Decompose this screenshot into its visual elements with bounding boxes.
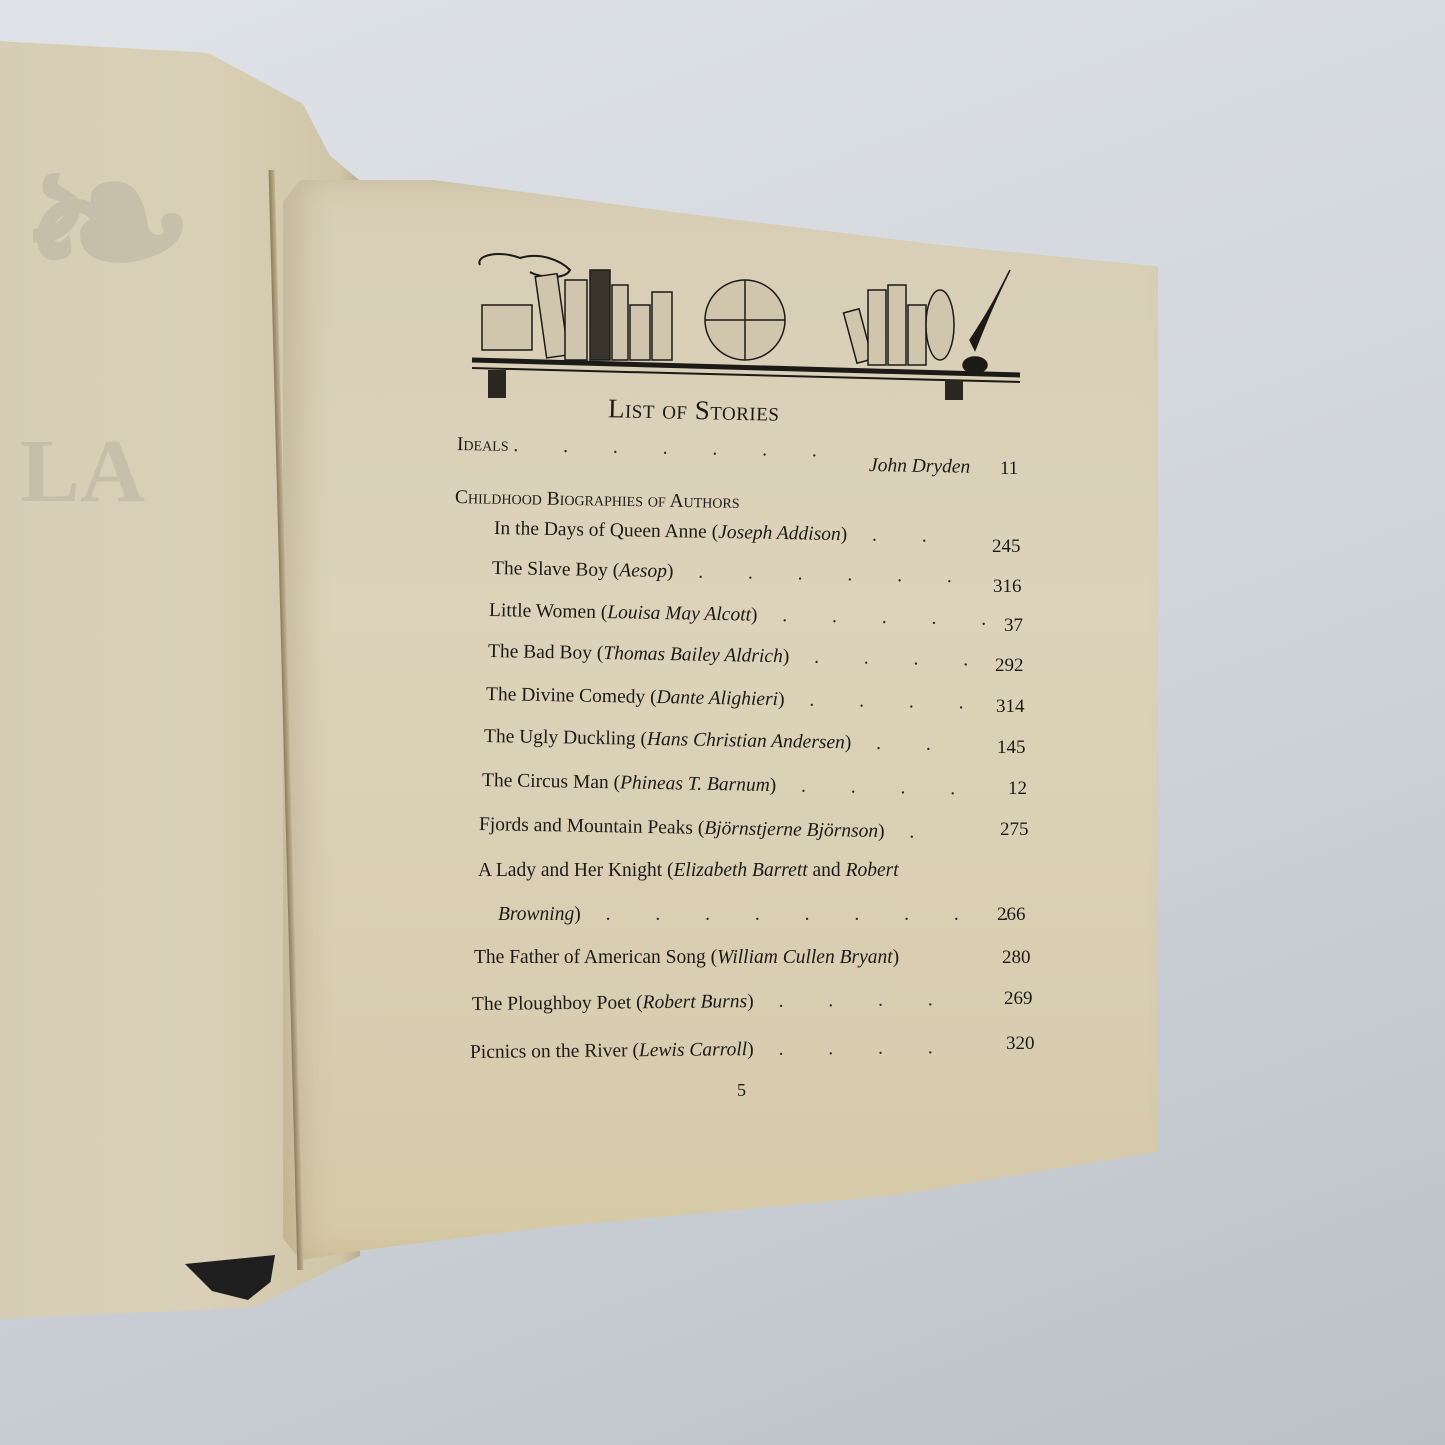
list-item: In the Days of Queen Anne (Joseph Addiso…: [494, 518, 947, 548]
list-item: The Slave Boy (Aesop) . . . . . .: [492, 558, 972, 588]
list-item: Picnics on the River (Lewis Carroll) . .…: [470, 1037, 953, 1064]
list-item-page: 275: [1000, 819, 1029, 841]
ideals-author: John Dryden: [869, 455, 971, 479]
list-item: The Circus Man (Phineas T. Barnum) . . .…: [482, 770, 976, 801]
leader-dots: . . . .: [754, 1037, 953, 1060]
list-item: Fjords and Mountain Peaks (Björnstjerne …: [479, 814, 935, 844]
leader-dots: . . . . . . .: [513, 435, 837, 462]
list-item: The Father of American Song (William Cul…: [474, 947, 899, 969]
list-item-continuation: Browning) . . . . . . . . .: [498, 904, 1028, 926]
list-item-page: 245: [992, 536, 1021, 558]
list-item-page: 37: [1004, 615, 1023, 637]
list-item: The Bad Boy (Thomas Bailey Aldrich) . . …: [488, 641, 989, 672]
list-item: The Divine Comedy (Dante Alighieri) . . …: [486, 684, 984, 715]
list-item-page: 145: [997, 737, 1026, 759]
leader-dots: . . . .: [784, 689, 983, 713]
bookshelf-illustration-icon: [470, 250, 1025, 400]
page-title: List of Stories: [608, 393, 780, 428]
page-number: 5: [737, 1080, 746, 1101]
list-item: A Lady and Her Knight (Elizabeth Barrett…: [478, 860, 899, 882]
leader-dots: .: [884, 821, 934, 843]
section-heading-childhood-biographies: Childhood Biographies of Authors: [455, 487, 740, 514]
leader-dots: . .: [847, 524, 947, 547]
leader-dots: . . . . . .: [673, 561, 972, 587]
list-item: Little Women (Louisa May Alcott) . . . .…: [489, 600, 1007, 631]
list-item-page: 292: [995, 655, 1024, 677]
list-item-page: 320: [1006, 1033, 1035, 1055]
ideals-page: 11: [1000, 458, 1018, 480]
leader-dots: . . . .: [789, 646, 988, 670]
leader-dots: . . . .: [776, 775, 975, 799]
list-item: The Ugly Duckling (Hans Christian Anders…: [484, 726, 951, 756]
leader-dots: . . . . .: [757, 605, 1006, 630]
list-item-page: 316: [993, 576, 1022, 598]
list-item-page: 269: [1004, 988, 1033, 1010]
list-item-page: 266: [997, 904, 1026, 926]
contents-page: List of Stories Ideals . . . . . . . Joh…: [0, 0, 1445, 1445]
leader-dots: . . . .: [754, 989, 953, 1012]
leader-dots: . .: [851, 732, 951, 755]
section-heading-ideals: Ideals . . . . . . .: [457, 434, 837, 463]
leader-dots: . . . . . . . . .: [581, 904, 1029, 925]
list-item-page: 314: [996, 696, 1025, 718]
list-item: The Ploughboy Poet (Robert Burns) . . . …: [472, 989, 953, 1016]
list-item-page: 12: [1008, 778, 1027, 800]
list-item-page: 280: [1002, 947, 1031, 969]
